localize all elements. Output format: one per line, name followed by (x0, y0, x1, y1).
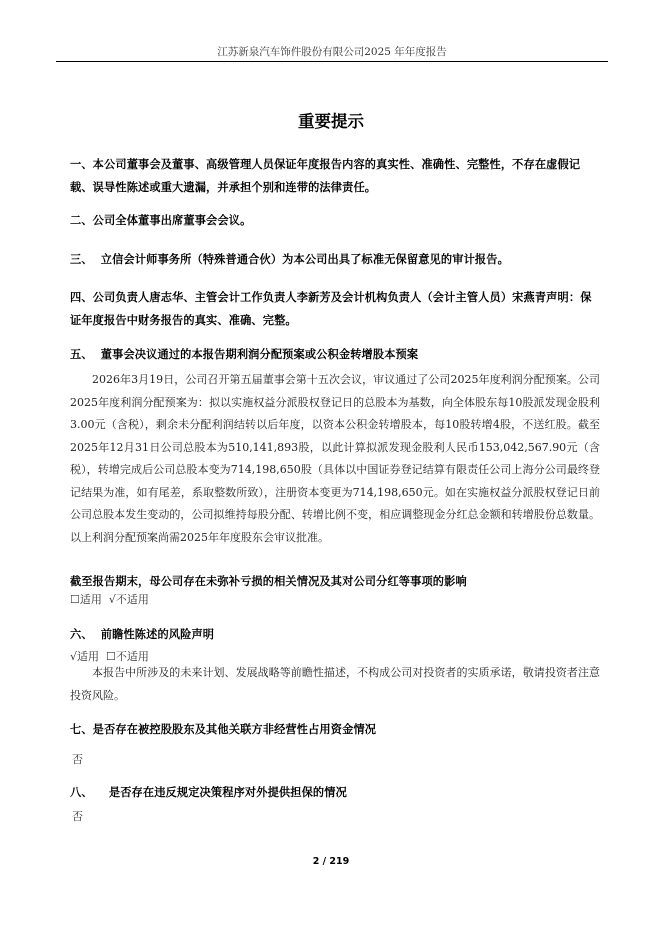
section-2-statement: 二、公司全体董事出席董事会会议。 (70, 209, 600, 232)
section-6-body: 本报告中所涉及的未来计划、发展战略等前瞻性描述，不构成公司对投资者的实质承诺，敬… (70, 662, 600, 707)
section-7-heading: 七、是否存在被控股股东及其他关联方非经营性占用资金情况 (70, 718, 600, 741)
page-number: 2 / 219 (0, 856, 662, 867)
section-4-statement: 四、公司负责人唐志华、主管会计工作负责人李新芳及会计机构负责人（会计主管人员）宋… (70, 286, 600, 332)
running-header: 江苏新泉汽车饰件股份有限公司2025 年年度报告 (56, 44, 608, 59)
uncovered-loss-heading: 截至报告期末，母公司存在未弥补亏损的相关情况及其对公司分红等事项的影响 (70, 570, 600, 593)
section-3-statement: 三、 立信会计师事务所（特殊普通合伙）为本公司出具了标准无保留意见的审计报告。 (70, 248, 600, 271)
uncovered-loss-options: ☐适用 √不适用 (70, 591, 149, 607)
section-5-heading: 五、 董事会决议通过的本报告期利润分配预案或公积金转增股本预案 (70, 343, 600, 366)
section-8-answer: 否 (72, 808, 83, 824)
page-title: 重要提示 (0, 108, 662, 132)
section-7-answer: 否 (72, 751, 83, 767)
section-5-body: 2026年3月19日，公司召开第五届董事会第十五次会议，审议通过了公司2025年… (70, 369, 600, 549)
section-1-statement: 一、本公司董事会及董事、高级管理人员保证年度报告内容的真实性、准确性、完整性，不… (70, 153, 600, 199)
header-divider (56, 61, 608, 62)
section-6-heading: 六、 前瞻性陈述的风险声明 (70, 623, 600, 646)
section-8-heading: 八、 是否存在违反规定决策程序对外提供担保的情况 (70, 781, 600, 804)
